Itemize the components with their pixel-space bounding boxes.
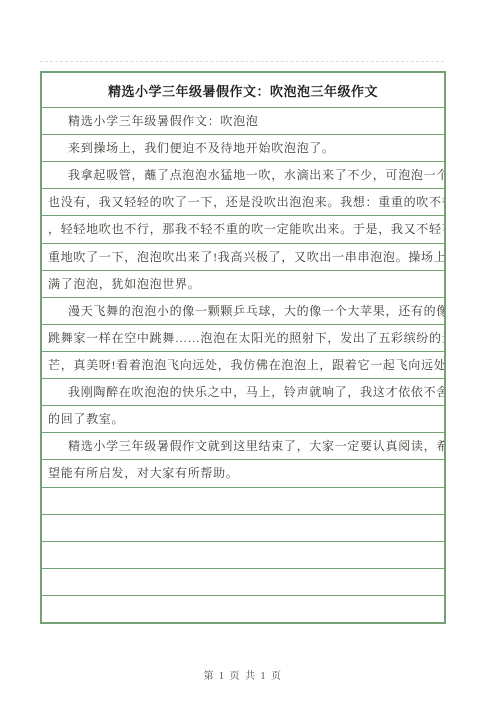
- table-row: ，轻轻地吹也不行，那我不轻不重的吹一定能吹出来。于是，我又不轻不: [42, 216, 444, 243]
- table-row: 望能有所启发，对大家有所帮助。: [42, 460, 444, 487]
- row-text: 精选小学三年级暑假作文就到这里结束了，大家一定要认真阅读，希: [48, 440, 444, 452]
- row-text: 我拿起吸管，蘸了点泡泡水猛地一吹，水滴出来了不少，可泡泡一个: [48, 169, 444, 181]
- table-row: 的回了教室。: [42, 406, 444, 433]
- essay-title-row: 精选小学三年级暑假作文：吹泡泡三年级作文: [42, 73, 444, 108]
- row-text: 我刚陶醉在吹泡泡的快乐之中，马上，铃声就响了，我这才依依不舍: [48, 386, 444, 398]
- table-row: 重地吹了一下，泡泡吹出来了!我高兴极了，又吹出一串串泡泡。操场上布: [42, 244, 444, 271]
- table-row: 来到操场上，我们便迫不及待地开始吹泡泡了。: [42, 135, 444, 162]
- row-text: 的回了教室。: [48, 413, 124, 425]
- table-row: [42, 596, 444, 622]
- row-text: 望能有所启发，对大家有所帮助。: [48, 467, 239, 479]
- table-row: 我刚陶醉在吹泡泡的快乐之中，马上，铃声就响了，我这才依依不舍: [42, 379, 444, 406]
- table-row: 我拿起吸管，蘸了点泡泡水猛地一吹，水滴出来了不少，可泡泡一个: [42, 162, 444, 189]
- table-row: [42, 515, 444, 542]
- header-margin-line: [40, 61, 444, 62]
- row-text: 来到操场上，我们便迫不及待地开始吹泡泡了。: [48, 142, 335, 154]
- document-page: 精选小学三年级暑假作文：吹泡泡三年级作文 精选小学三年级暑假作文：吹泡泡 来到操…: [0, 0, 500, 708]
- table-row: [42, 488, 444, 515]
- table-row: 精选小学三年级暑假作文：吹泡泡: [42, 108, 444, 135]
- row-text: 满了泡泡，犹如泡泡世界。: [48, 278, 200, 290]
- essay-rows: 精选小学三年级暑假作文：吹泡泡 来到操场上，我们便迫不及待地开始吹泡泡了。 我拿…: [42, 108, 444, 622]
- page-number-footer: 第 1 页 共 1 页: [0, 667, 486, 682]
- row-text: 芒，真美呀!看着泡泡飞向远处，我仿佛在泡泡上，跟着它一起飞向远处。: [48, 359, 444, 371]
- table-row: 精选小学三年级暑假作文就到这里结束了，大家一定要认真阅读，希: [42, 433, 444, 460]
- row-text: 重地吹了一下，泡泡吹出来了!我高兴极了，又吹出一串串泡泡。操场上布: [48, 251, 444, 263]
- essay-title: 精选小学三年级暑假作文：吹泡泡三年级作文: [108, 81, 378, 100]
- row-text: 跳舞家一样在空中跳舞……泡泡在太阳光的照射下，发出了五彩缤纷的光: [48, 332, 444, 344]
- table-row: 芒，真美呀!看着泡泡飞向远处，我仿佛在泡泡上，跟着它一起飞向远处。: [42, 352, 444, 379]
- row-text: 精选小学三年级暑假作文：吹泡泡: [48, 115, 259, 127]
- essay-table: 精选小学三年级暑假作文：吹泡泡三年级作文 精选小学三年级暑假作文：吹泡泡 来到操…: [40, 71, 446, 624]
- row-text: 也没有，我又轻轻的吹了一下，还是没吹出泡泡来。我想：重重的吹不行: [48, 196, 444, 208]
- table-row: [42, 569, 444, 596]
- table-row: 也没有，我又轻轻的吹了一下，还是没吹出泡泡来。我想：重重的吹不行: [42, 189, 444, 216]
- row-text: 漫天飞舞的泡泡小的像一颗颗乒乓球，大的像一个大苹果，还有的像: [48, 305, 444, 317]
- table-row: 跳舞家一样在空中跳舞……泡泡在太阳光的照射下，发出了五彩缤纷的光: [42, 325, 444, 352]
- table-row: [42, 542, 444, 569]
- table-row: 满了泡泡，犹如泡泡世界。: [42, 271, 444, 298]
- row-text: ，轻轻地吹也不行，那我不轻不重的吹一定能吹出来。于是，我又不轻不: [48, 223, 444, 235]
- table-row: 漫天飞舞的泡泡小的像一颗颗乒乓球，大的像一个大苹果，还有的像: [42, 298, 444, 325]
